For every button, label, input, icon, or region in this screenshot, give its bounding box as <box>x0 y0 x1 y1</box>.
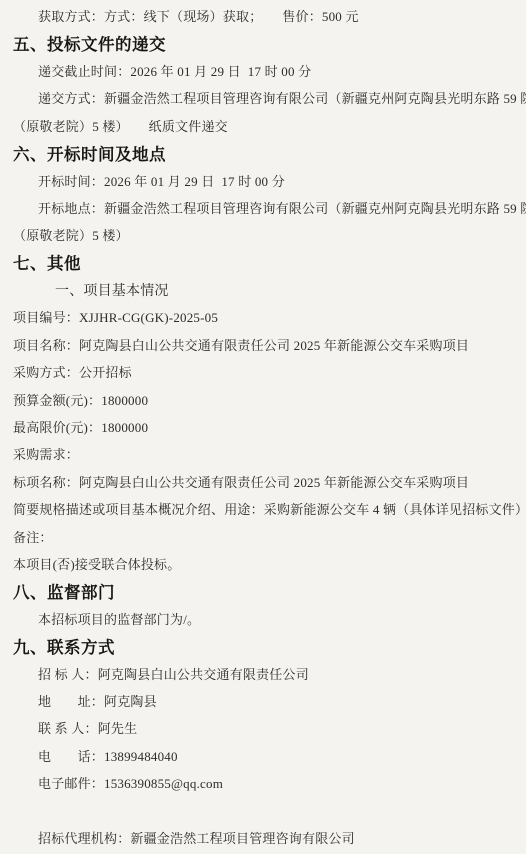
doc-line-opening-place-cont: （原敬老院）5 楼） <box>13 221 526 248</box>
doc-line-submission-method: 递交方式：新疆金浩然工程项目管理咨询有限公司（新疆克州阿克陶县光明东路 59 院 <box>13 84 526 111</box>
doc-line-opening-place: 开标地点：新疆金浩然工程项目管理咨询有限公司（新疆克州阿克陶县光明东路 59 院 <box>13 194 526 221</box>
doc-line-submission-method-cont: （原敬老院）5 楼） 纸质文件递交 <box>13 112 526 139</box>
doc-line-tenderer: 招 标 人：阿克陶县白山公共交通有限责任公司 <box>13 659 526 686</box>
doc-line-project-number: 项目编号：XJJHR-CG(GK)-2025-05 <box>13 303 526 330</box>
doc-line-email: 电子邮件：1536390855@qq.com <box>13 769 526 796</box>
doc-line-address: 地 址：阿克陶县 <box>13 687 526 714</box>
section-heading-5-bid-submission: 五、投标文件的递交 <box>13 29 526 56</box>
section-heading-6-bid-opening: 六、开标时间及地点 <box>13 139 526 166</box>
doc-line-project-basic-info: 一、项目基本情况 <box>13 276 526 303</box>
doc-line-tender-agency: 招标代理机构：新疆金浩然工程项目管理咨询有限公司 <box>13 824 526 851</box>
document-page: 获取方式：方式：线下（现场）获取； 售价：500 元 五、投标文件的递交 递交截… <box>0 0 526 854</box>
blank-line <box>13 796 526 823</box>
doc-line-opening-time: 开标时间：2026 年 01 月 29 日 17 时 00 分 <box>13 166 526 193</box>
doc-line-spec-description: 简要规格描述或项目基本概况介绍、用途：采购新能源公交车 4 辆（具体详见招标文件… <box>13 495 526 522</box>
doc-line-consortium: 本项目(否)接受联合体投标。 <box>13 550 526 577</box>
doc-line-supervision-dept: 本招标项目的监督部门为/。 <box>13 605 526 632</box>
section-heading-8-supervision: 八、监督部门 <box>13 577 526 604</box>
doc-line-max-price: 最高限价(元)：1800000 <box>13 413 526 440</box>
doc-line-remarks: 备注： <box>13 522 526 549</box>
doc-line-contact-person: 联 系 人：阿先生 <box>13 714 526 741</box>
doc-line-project-name: 项目名称：阿克陶县白山公共交通有限责任公司 2025 年新能源公交车采购项目 <box>13 331 526 358</box>
doc-line-budget-amount: 预算金额(元)：1800000 <box>13 385 526 412</box>
doc-line-telephone: 电 话：13899484040 <box>13 742 526 769</box>
doc-line-procurement-method: 采购方式：公开招标 <box>13 358 526 385</box>
section-heading-9-contact: 九、联系方式 <box>13 632 526 659</box>
section-heading-7-other: 七、其他 <box>13 249 526 276</box>
doc-line-submission-deadline: 递交截止时间：2026 年 01 月 29 日 17 时 00 分 <box>13 57 526 84</box>
doc-line-procurement-demand: 采购需求： <box>13 440 526 467</box>
doc-line-acquisition-method: 获取方式：方式：线下（现场）获取； 售价：500 元 <box>13 2 526 29</box>
doc-line-lot-name: 标项名称：阿克陶县白山公共交通有限责任公司 2025 年新能源公交车采购项目 <box>13 468 526 495</box>
